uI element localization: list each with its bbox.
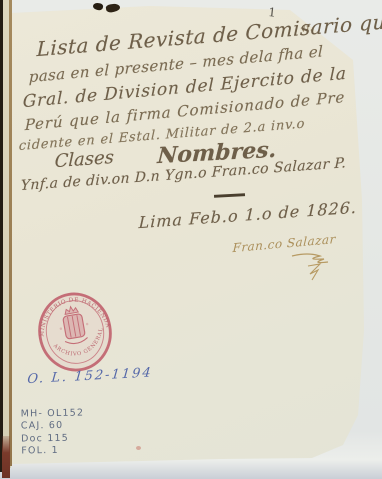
binding-red-strip: [2, 436, 10, 478]
pencil-line-shelfmark: MH- OL152: [21, 407, 85, 420]
archive-stamp: MINISTERIO DE HACIENDA ARCHIVO GENERAL: [30, 286, 121, 378]
underlying-page-brown-edge: [9, 0, 12, 466]
document-scan: 1 √ſ. Lista de Revista de Comisario que …: [0, 0, 382, 479]
pencil-line-caja: CAJ. 60: [21, 420, 85, 433]
pencil-annotations: MH- OL152 CAJ. 60 Doc 115 FOL. 1: [21, 407, 85, 457]
pencil-line-doc: Doc 115: [21, 432, 85, 445]
signature-rubric: [290, 250, 338, 284]
column-header-clases: Clases: [54, 147, 114, 172]
paper-fleck: [136, 446, 141, 450]
pencil-line-folio: FOL. 1: [21, 444, 85, 457]
